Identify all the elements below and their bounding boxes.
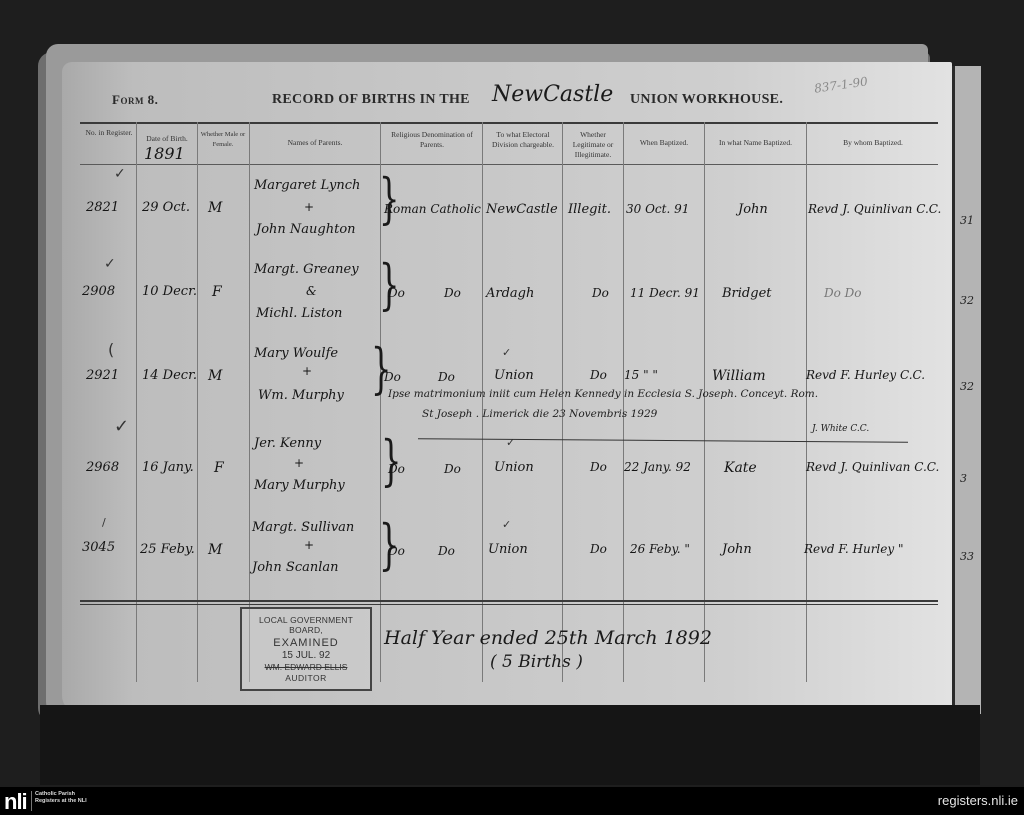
title-prefix: RECORD OF BIRTHS IN THE — [272, 92, 470, 108]
sex: M — [208, 542, 222, 558]
col-header-division: To what Electoral Division chargeable. — [486, 130, 560, 150]
religion: Do — [388, 544, 405, 558]
religion-ditto: Do — [444, 462, 461, 476]
col-divider — [704, 122, 705, 682]
birth-date: 16 Jany. — [142, 460, 194, 475]
mother-name: Margt. Sullivan — [252, 520, 354, 535]
pencil-reference: 837-1-90 — [813, 74, 868, 95]
brace: } — [381, 434, 402, 488]
father-name: John Naughton — [256, 222, 356, 237]
stamp-date: 15 JUL. 92 — [242, 650, 370, 661]
col-header-baptism-name: In what Name Baptized. — [707, 138, 804, 148]
check-mark-icon: ✓ — [114, 166, 126, 182]
logo-caption: Catholic Parish Registers at the NLI — [35, 791, 95, 804]
brace: } — [379, 172, 400, 226]
ampersand: + — [304, 538, 314, 552]
register-number: 2821 — [86, 200, 119, 215]
year-annotation: 1891 — [144, 144, 185, 163]
baptism-name: John — [738, 202, 768, 217]
check-mark-icon: ✓ — [104, 256, 116, 272]
baptized-by: Revd J. Quinlivan C.C. — [806, 460, 939, 474]
baptized-by: Revd F. Hurley C.C. — [806, 368, 925, 382]
baptized-by: Revd F. Hurley " — [804, 542, 903, 556]
births-count: ( 5 Births ) — [490, 652, 583, 672]
when-baptized: 30 Oct. 91 — [626, 202, 689, 216]
viewer-footer: nli Catholic Parish Registers at the NLI… — [0, 787, 1024, 815]
col-header-religion: Religious Denomination of Parents. — [384, 130, 480, 150]
when-baptized: 11 Decr. 91 — [630, 286, 700, 300]
legitimacy: Do — [590, 542, 607, 556]
side-number: 3 — [960, 472, 967, 485]
register-number: 2908 — [82, 284, 115, 299]
check-mark-icon: ✓ — [502, 346, 511, 359]
stamp-board: LOCAL GOVERNMENT BOARD, — [242, 615, 370, 635]
father-name: Mary Murphy — [254, 478, 345, 493]
stamp-examined: EXAMINED — [242, 637, 370, 649]
col-divider — [249, 122, 250, 682]
col-header-when-baptized: When Baptized. — [626, 138, 702, 148]
father-name: John Scanlan — [252, 560, 339, 575]
col-header-date: Date of Birth. — [138, 134, 196, 144]
sex: F — [214, 460, 224, 476]
col-header-baptized-by: By whom Baptized. — [809, 138, 937, 148]
mother-name: Margaret Lynch — [254, 178, 360, 193]
baptized-by: Revd J. Quinlivan C.C. — [808, 202, 941, 216]
marriage-annotation-line1: Ipse matrimonium iniit cum Helen Kennedy… — [388, 388, 818, 400]
register-number: 2968 — [86, 460, 119, 475]
mother-name: Margt. Greaney — [254, 262, 359, 277]
birth-date: 29 Oct. — [142, 200, 190, 215]
check-mark-icon: ✓ — [114, 416, 129, 437]
register-page: Form 8. RECORD OF BIRTHS IN THE NewCastl… — [62, 62, 952, 712]
check-mark-icon: ( — [108, 340, 114, 359]
header-top-rule — [80, 122, 938, 124]
nli-logo[interactable]: nli — [4, 791, 27, 813]
birth-date: 14 Decr. — [142, 368, 197, 383]
ampersand: + — [294, 456, 304, 470]
baptism-name: William — [712, 368, 766, 384]
division: Union — [494, 368, 534, 383]
title-suffix: UNION WORKHOUSE. — [630, 92, 783, 108]
division: Ardagh — [486, 286, 534, 301]
side-number: 31 — [960, 214, 974, 227]
father-name: Wm. Murphy — [258, 388, 344, 403]
facing-page-strip: 31 32 32 3 33 — [952, 66, 981, 714]
check-mark-icon: ✓ — [502, 518, 511, 531]
side-number: 33 — [960, 550, 974, 563]
annotation-signature: J. White C.C. — [812, 424, 869, 434]
division: Union — [494, 460, 534, 475]
division: NewCastle — [486, 202, 558, 217]
religion: Do — [388, 286, 405, 300]
col-divider — [806, 122, 807, 682]
table-bottom-rule-double — [80, 604, 938, 605]
side-number: 32 — [960, 294, 974, 307]
division: Union — [488, 542, 528, 557]
side-number: 32 — [960, 380, 974, 393]
col-header-no: No. in Register. — [84, 128, 134, 138]
half-year-summary: Half Year ended 25th March 1892 — [384, 627, 712, 649]
page-shadow — [40, 705, 980, 785]
register-number: 2921 — [86, 368, 119, 383]
col-divider — [136, 122, 137, 682]
col-divider — [562, 122, 563, 682]
site-link[interactable]: registers.nli.ie — [938, 793, 1018, 808]
when-baptized: 22 Jany. 92 — [624, 460, 691, 474]
religion: Do — [388, 462, 405, 476]
when-baptized: 15 " " — [624, 368, 658, 382]
logo-divider — [31, 791, 32, 811]
mother-name: Mary Woulfe — [254, 346, 338, 361]
when-baptized: 26 Feby. " — [630, 542, 690, 556]
table-bottom-rule — [80, 600, 938, 602]
annotation-underline — [418, 438, 908, 442]
mother-name: Jer. Kenny — [254, 436, 321, 451]
birth-date: 25 Feby. — [140, 542, 195, 557]
religion: Roman Catholic — [384, 202, 481, 216]
father-name: Michl. Liston — [256, 306, 342, 321]
examined-stamp: LOCAL GOVERNMENT BOARD, EXAMINED 15 JUL.… — [240, 607, 372, 691]
ampersand: & — [306, 284, 317, 298]
religion-ditto: Do — [444, 286, 461, 300]
check-mark-icon: ✓ — [506, 436, 515, 449]
image-viewer: 31 32 32 3 33 Form 8. RECORD OF BIRTHS I… — [0, 0, 1024, 787]
baptism-name: Bridget — [722, 286, 772, 301]
stamp-auditor-name: WM. EDWARD ELLIS — [242, 662, 370, 672]
col-divider — [482, 122, 483, 682]
brace: } — [379, 258, 400, 312]
sex: M — [208, 368, 222, 384]
col-header-parents: Names of Parents. — [252, 138, 378, 148]
col-divider — [623, 122, 624, 682]
form-number: Form 8. — [112, 92, 158, 108]
religion: Do — [384, 370, 401, 384]
legitimacy: Illegit. — [568, 202, 611, 217]
religion-ditto: Do — [438, 544, 455, 558]
sex: M — [208, 200, 222, 216]
col-header-sex: Whether Male or Female. — [199, 130, 247, 150]
marriage-annotation-line2: St Joseph . Limerick die 23 Novembris 19… — [422, 408, 657, 420]
legitimacy: Do — [590, 460, 607, 474]
baptism-name: Kate — [724, 460, 757, 476]
sex: F — [212, 284, 222, 300]
header-bottom-rule — [80, 164, 938, 165]
legitimacy: Do — [590, 368, 607, 382]
stamp-auditor-title: AUDITOR — [242, 673, 370, 683]
legitimacy: Do — [592, 286, 609, 300]
check-mark-icon: / — [102, 516, 106, 529]
register-number: 3045 — [82, 540, 115, 555]
ampersand: + — [304, 200, 314, 214]
birth-date: 10 Decr. — [142, 284, 197, 299]
religion-ditto: Do — [438, 370, 455, 384]
title-handwritten-place: NewCastle — [492, 82, 613, 107]
baptized-by: Do Do — [824, 286, 862, 300]
baptism-name: John — [722, 542, 752, 557]
col-header-legitimacy: Whether Legitimate or Illegitimate. — [565, 130, 621, 160]
ampersand: + — [302, 364, 312, 378]
col-divider — [197, 122, 198, 682]
